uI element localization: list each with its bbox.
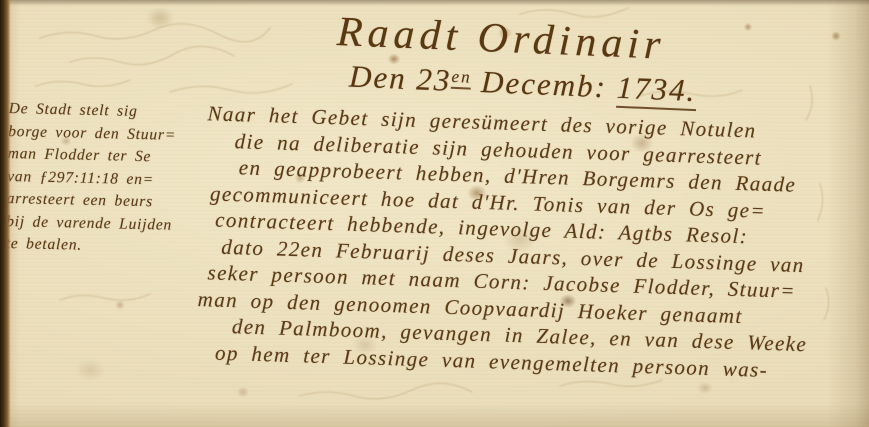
manuscript-page: Raadt Ordinair Den 23en Decemb: 1734. De… bbox=[0, 0, 869, 427]
heading-date-day: Den 23 bbox=[348, 59, 452, 98]
margin-note-line: De Stadt stelt sig bbox=[8, 98, 176, 124]
margin-note-line: man Flodder ter Se bbox=[7, 143, 175, 169]
heading-date-ordinal: en bbox=[451, 67, 472, 90]
body-text-block: Naar het Gebet sijn geresümeert des vori… bbox=[192, 100, 815, 384]
heading-date-month: Decemb: bbox=[471, 64, 618, 105]
heading-date-year: 1734. bbox=[616, 70, 697, 111]
book-binding-edge bbox=[0, 0, 10, 427]
margin-note-line: te betalen. bbox=[5, 233, 173, 259]
margin-summary-note: De Stadt stelt sig borge voor den Stuur=… bbox=[5, 98, 176, 259]
margin-note-line: arresteert een beurs bbox=[6, 188, 174, 214]
heading-block: Raadt Ordinair Den 23en Decemb: 1734. bbox=[334, 8, 699, 109]
